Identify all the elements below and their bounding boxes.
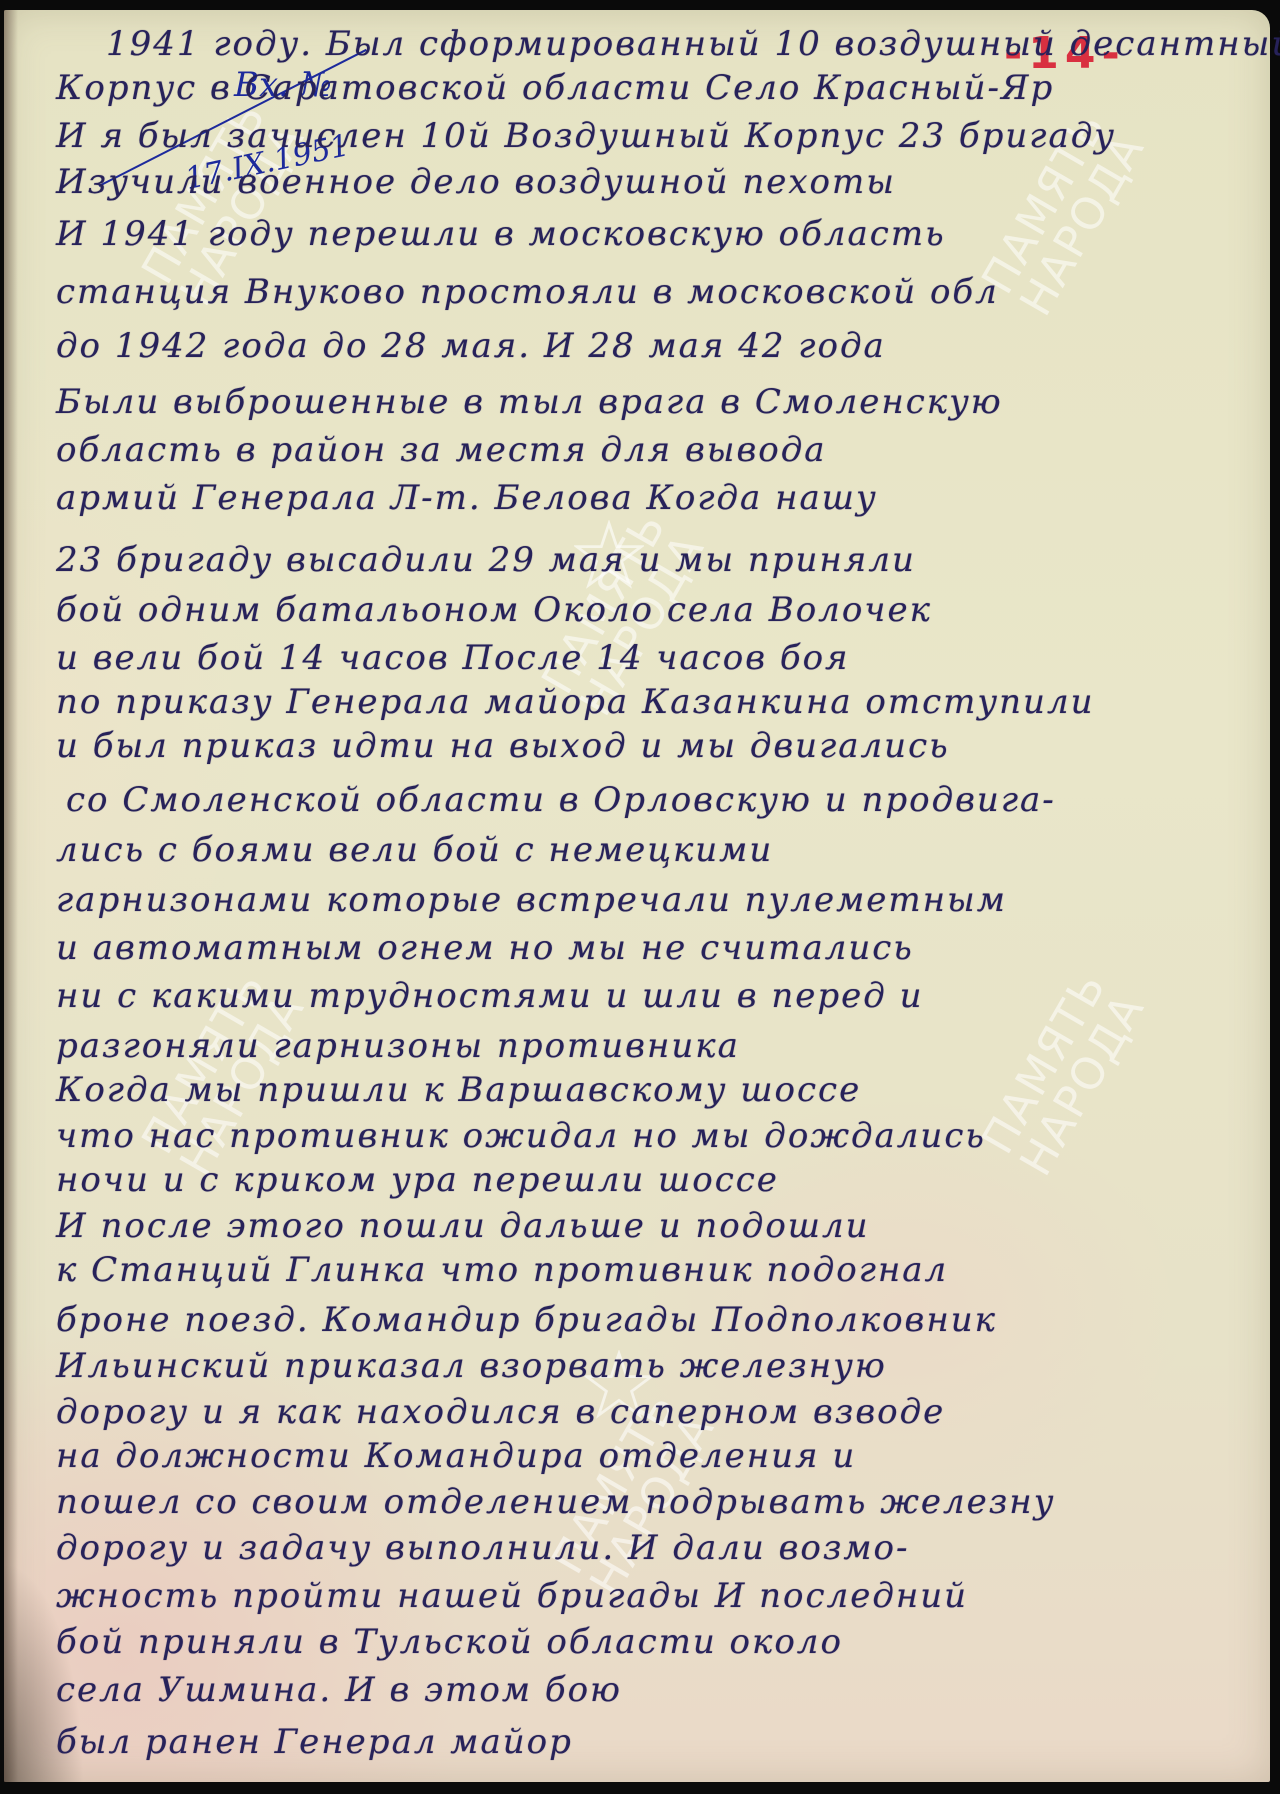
- text-line: бой одним батальоном Около села Волочек: [56, 590, 932, 630]
- text-line: что нас противник ожидал но мы дождались: [56, 1116, 986, 1156]
- text-line: бой приняли в Тульской области около: [56, 1622, 843, 1662]
- text-line: И 1941 году перешли в московскую область: [56, 214, 946, 254]
- text-line: до 1942 года до 28 мая. И 28 мая 42 года: [56, 326, 886, 366]
- text-line: был ранен Генерал майор: [56, 1722, 573, 1762]
- text-line: со Смоленской области в Орловскую и прод…: [66, 780, 1056, 820]
- text-line: гарнизонами которые встречали пулеметным: [56, 880, 1007, 920]
- text-line: станция Внуково простояли в московской о…: [56, 272, 999, 312]
- text-line: броне поезд. Командир бригады Подполковн…: [56, 1300, 997, 1340]
- text-line: дорогу и я как находился в саперном взво…: [56, 1392, 945, 1432]
- text-line: села Ушмина. И в этом бою: [56, 1670, 622, 1710]
- text-line: Ильинский приказал взорвать железную: [56, 1346, 887, 1386]
- text-line: Изучили военное дело воздушной пехоты: [56, 162, 896, 202]
- text-line: пошел со своим отделением подрывать желе…: [56, 1482, 1055, 1522]
- text-line: и был приказ идти на выход и мы двигалис…: [56, 726, 950, 766]
- text-line: и вели бой 14 часов После 14 часов боя: [56, 638, 850, 678]
- document-page: ПАМЯТЬНАРОДА ПАМЯТЬНАРОДА ПАМЯТЬНАРОДА П…: [4, 10, 1270, 1782]
- paper-edge-shadow: [4, 10, 18, 1782]
- text-line: Когда мы пришли к Варшавскому шоссе: [56, 1070, 861, 1110]
- text-line: ни с какими трудностями и шли в перед и: [56, 976, 923, 1016]
- text-line: Были выброшенные в тыл врага в Смоленску…: [56, 382, 1003, 422]
- text-line: жность пройти нашей бригады И последний: [56, 1576, 968, 1616]
- letter-body: 1941 году. Был сформированный 10 воздушн…: [56, 10, 1256, 1782]
- text-line: по приказу Генерала майора Казанкина отс…: [56, 682, 1095, 722]
- text-line: 1941 году. Был сформированный 10 воздушн…: [106, 24, 1280, 64]
- text-line: армий Генерала Л-т. Белова Когда нашу: [56, 478, 878, 518]
- text-line: И после этого пошли дальше и подошли: [56, 1206, 870, 1246]
- text-line: лись с боями вели бой с немецкими: [56, 830, 773, 870]
- text-line: дорогу и задачу выполнили. И дали возмо-: [56, 1528, 910, 1568]
- text-line: к Станций Глинка что противник подогнал: [56, 1250, 948, 1290]
- text-line: Корпус в Саратовской области Село Красны…: [56, 68, 1054, 108]
- text-line: разгоняли гарнизоны противника: [56, 1026, 740, 1066]
- text-line: 23 бригаду высадили 29 мая и мы приняли: [56, 540, 916, 580]
- text-line: ночи и с криком ура перешли шоссе: [56, 1160, 779, 1200]
- text-line: И я был зачислен 10й Воздушный Корпус 23…: [56, 116, 1116, 156]
- text-line: и автоматным огнем но мы не считались: [56, 928, 914, 968]
- text-line: область в район за местя для вывода: [56, 430, 827, 470]
- text-line: на должности Командира отделения и: [56, 1436, 856, 1476]
